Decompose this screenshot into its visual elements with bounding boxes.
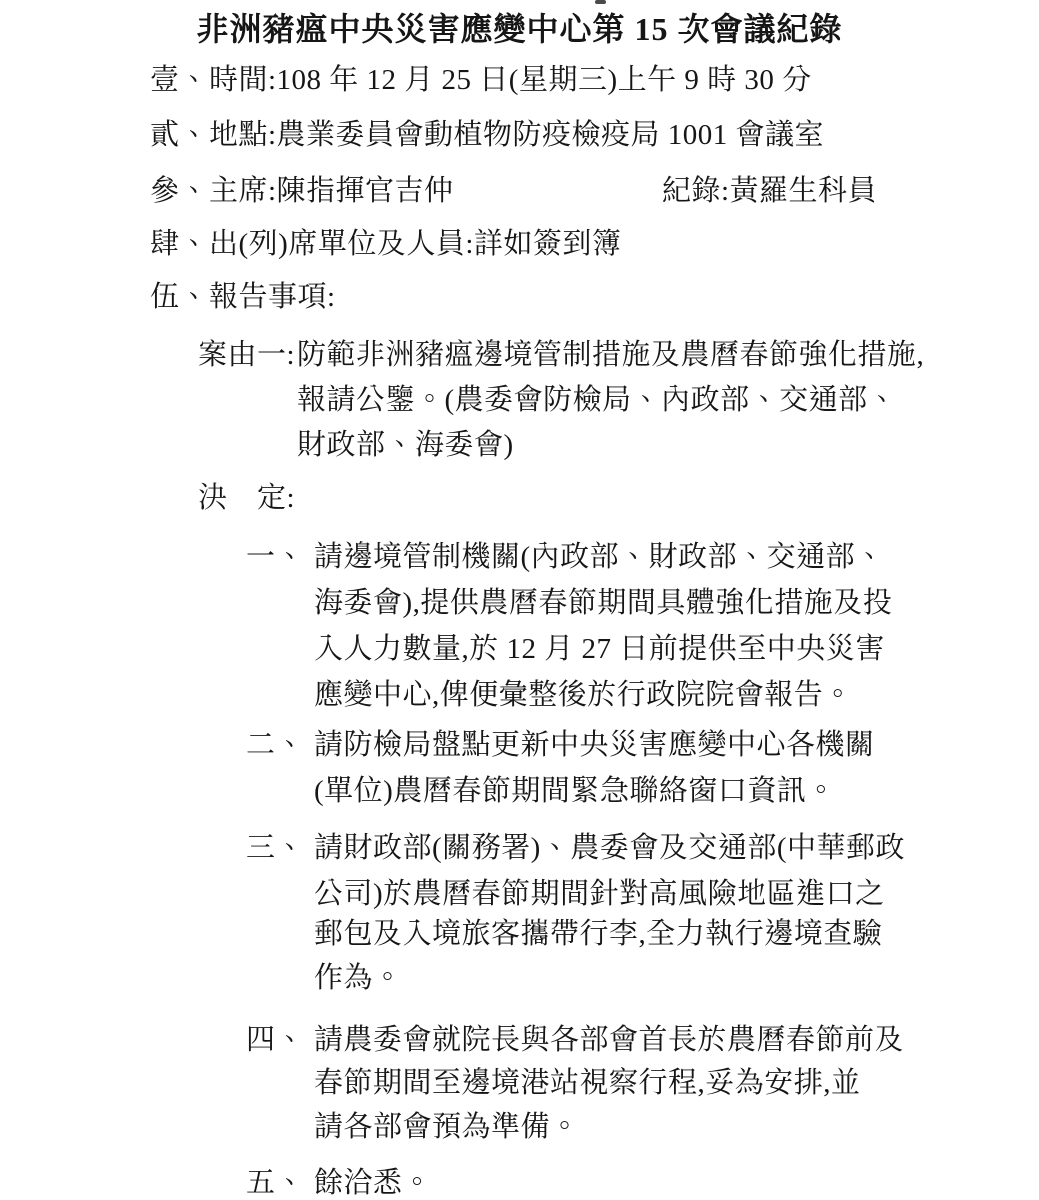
decision-number: 二、 xyxy=(246,722,305,768)
meta-line-place: 貳、地點:農業委員會動植物防疫檢疫局 1001 會議室 xyxy=(150,112,824,158)
decision-line: 作為。 xyxy=(314,955,403,1001)
decision-line: 應變中心,俾便彙整後於行政院院會報告。 xyxy=(314,672,853,718)
decision-line: 請防檢局盤點更新中央災害應變中心各機關 xyxy=(314,722,875,768)
case-line: 報請公鑒。(農委會防檢局、內政部、交通部、 xyxy=(297,377,897,423)
page-title: 非洲豬瘟中央災害應變中心第 15 次會議紀錄 xyxy=(0,6,1039,52)
decision-line: 請農委會就院長與各部會首長於農曆春節前及 xyxy=(314,1017,904,1063)
case-label: 案由一: xyxy=(198,332,295,378)
case-line: 財政部、海委會) xyxy=(297,422,514,468)
decision-line: 海委會),提供農曆春節期間具體強化措施及投 xyxy=(314,580,892,626)
decision-number: 三、 xyxy=(246,825,305,871)
meta-line-recorder: 紀錄:黃羅生科員 xyxy=(662,168,877,214)
decision-line: 入人力數量,於 12 月 27 日前提供至中央災害 xyxy=(314,626,885,672)
decision-line: 請邊境管制機關(內政部、財政部、交通部、 xyxy=(314,534,885,580)
meta-line-time: 壹、時間:108 年 12 月 25 日(星期三)上午 9 時 30 分 xyxy=(150,57,812,103)
decision-line: 餘洽悉。 xyxy=(314,1160,432,1200)
meta-line-attendees: 肆、出(列)席單位及人員:詳如簽到簿 xyxy=(150,221,621,267)
case-line: 防範非洲豬瘟邊境管制措施及農曆春節強化措施, xyxy=(297,332,924,378)
decision-line: 請各部會預為準備。 xyxy=(314,1104,580,1150)
decision-line: 郵包及入境旅客攜帶行李,全力執行邊境查驗 xyxy=(314,911,882,957)
decision-number: 五、 xyxy=(246,1160,305,1200)
decision-line: 請財政部(關務署)、農委會及交通部(中華郵政 xyxy=(314,825,905,871)
decision-heading: 決 定: xyxy=(198,475,295,521)
decision-line: (單位)農曆春節期間緊急聯絡窗口資訊。 xyxy=(314,768,836,814)
decision-number: 四、 xyxy=(246,1017,305,1063)
document-page: 非洲豬瘟中央災害應變中心第 15 次會議紀錄 壹、時間:108 年 12 月 2… xyxy=(0,0,1039,1200)
meta-line-reports: 伍、報告事項: xyxy=(150,274,336,320)
decision-number: 一、 xyxy=(246,534,305,580)
decision-line: 春節期間至邊境港站視察行程,妥為安排,並 xyxy=(314,1060,861,1106)
meta-line-chair: 參、主席:陳指揮官吉仲 xyxy=(150,168,454,214)
scan-artifact xyxy=(595,0,606,4)
